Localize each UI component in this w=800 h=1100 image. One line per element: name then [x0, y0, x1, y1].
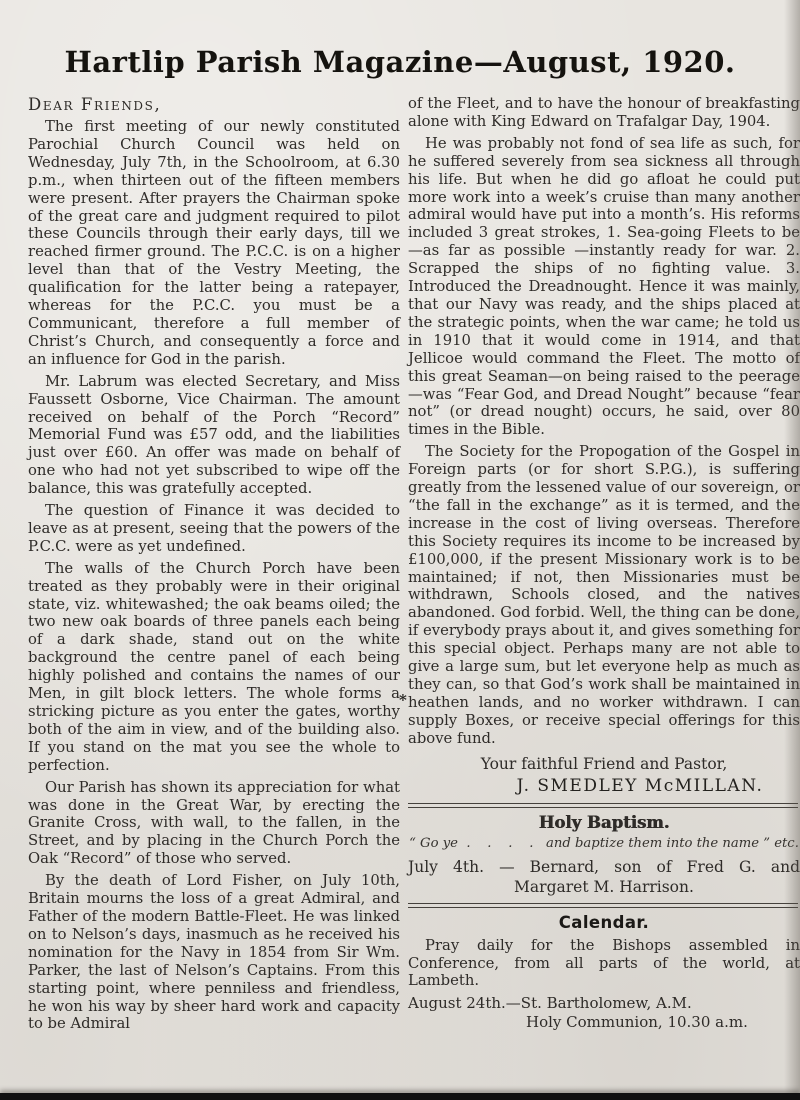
calendar-prayer-paragraph: Pray daily for the Bishops assembled in …: [408, 937, 800, 991]
magazine-page-scan: Hartlip Parish Magazine—August, 1920. De…: [0, 0, 800, 1100]
left-column: Dear Friends, The first meeting of our n…: [28, 95, 400, 1037]
paragraph-fisher-continued: of the Fleet, and to have the honour of …: [408, 95, 800, 131]
signoff-salutation: Your faithful Friend and Pastor,: [408, 754, 800, 774]
paragraph-great-war: Our Parish has shown its appreciation fo…: [28, 779, 400, 869]
paragraph-pcc-meeting: The first meeting of our newly constitut…: [28, 118, 400, 369]
page-title: Hartlip Parish Magazine—August, 1920.: [10, 45, 790, 79]
scan-bottom-edge: [0, 1093, 800, 1100]
baptism-entry-line2: Margaret M. Harrison.: [408, 877, 800, 897]
section-divider-rule: [408, 803, 798, 808]
paragraph-church-porch: The walls of the Church Porch have been …: [28, 560, 400, 775]
baptism-scripture-quote: “ Go ye . . . . and baptize them into th…: [408, 835, 800, 852]
section-divider-rule: [408, 903, 798, 908]
calendar-section-heading: Calendar.: [408, 913, 800, 933]
signoff-signature: J. SMEDLEY McMILLAN.: [408, 775, 800, 797]
two-column-body: Dear Friends, The first meeting of our n…: [0, 95, 800, 1037]
paragraph-fisher-reforms: He was probably not fond of sea life as …: [408, 135, 800, 439]
paragraph-spg-appeal: The Society for the Propogation of the G…: [408, 443, 800, 747]
paragraph-lord-fisher: By the death of Lord Fisher, on July 10t…: [28, 872, 400, 1033]
paragraph-finance: The question of Finance it was decided t…: [28, 502, 400, 556]
salutation: Dear Friends,: [28, 95, 400, 115]
handwritten-margin-mark: *: [399, 691, 407, 709]
paragraph-secretary-fund: Mr. Labrum was elected Secretary, and Mi…: [28, 373, 400, 498]
baptism-section-heading: Holy Baptism.: [408, 813, 800, 833]
calendar-entry-line1: August 24th.—St. Bartholomew, A.M.: [408, 994, 800, 1013]
calendar-entry-line2: Holy Communion, 10.30 a.m.: [408, 1013, 800, 1032]
baptism-entry-line1: July 4th. — Bernard, son of Fred G. and: [408, 857, 800, 877]
right-column: of the Fleet, and to have the honour of …: [408, 95, 800, 1037]
